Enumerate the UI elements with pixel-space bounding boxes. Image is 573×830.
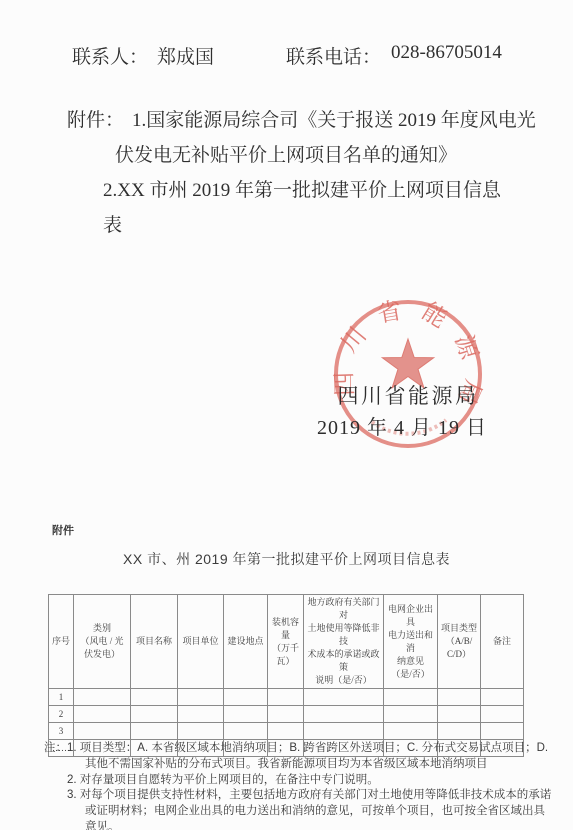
empty-cell <box>178 689 224 706</box>
column-header-project-name: 项目名称 <box>131 595 178 689</box>
empty-cell <box>304 689 384 706</box>
contact-phone-number: 028-86705014 <box>391 42 502 69</box>
attachment-item-1-line-2: 伏发电无补贴平价上网项目名单的通知》 <box>67 138 542 173</box>
column-header-seq: 序号 <box>49 595 74 689</box>
column-header-category: 类别 （风电 / 光 伏发电） <box>74 595 131 689</box>
contact-person: 联系人： 郑成国 <box>72 42 214 69</box>
empty-cell <box>304 723 384 740</box>
empty-cell <box>178 706 224 723</box>
empty-cell <box>268 723 304 740</box>
empty-cell <box>438 723 481 740</box>
row-number-cell: 2 <box>49 706 74 723</box>
attachment-item-1-line-1: 1.国家能源局综合司《关于报送 2019 年度风电光 <box>132 103 536 138</box>
column-header-location: 建设地点 <box>224 595 268 689</box>
empty-cell <box>481 689 524 706</box>
empty-cell <box>178 723 224 740</box>
column-header-capacity: 装机容量 （万千 瓦） <box>268 595 304 689</box>
empty-cell <box>224 689 268 706</box>
note-item-1: 1. 项目类型：A. 本省级区域本地消纳项目；B. 跨省跨区外送项目；C. 分布… <box>67 741 552 773</box>
attachment-section-label: 附件 <box>52 522 74 538</box>
table-row: 2 <box>49 706 524 723</box>
contact-row: 联系人： 郑成国 联系电话： 028-86705014 <box>0 42 573 68</box>
notes-block: 注： 1. 项目类型：A. 本省级区域本地消纳项目；B. 跨省跨区外送项目；C.… <box>44 741 552 830</box>
notes-prefix: 注： <box>44 741 67 830</box>
attachment-item-1: 附件： 1.国家能源局综合司《关于报送 2019 年度风电光 <box>67 103 542 138</box>
seal-org-name: 四川省能源局 <box>330 380 486 410</box>
empty-cell <box>384 689 438 706</box>
empty-cell <box>74 689 131 706</box>
attachment-table-title: XX 市、州 2019 年第一批拟建平价上网项目信息表 <box>0 549 573 569</box>
empty-cell <box>268 689 304 706</box>
notes-items: 1. 项目类型：A. 本省级区域本地消纳项目；B. 跨省跨区外送项目；C. 分布… <box>67 741 552 830</box>
column-header-remarks: 备注 <box>481 595 524 689</box>
contact-phone-label: 联系电话： <box>286 42 381 69</box>
contact-phone: 联系电话： 028-86705014 <box>286 42 502 69</box>
contact-person-name: 郑成国 <box>157 42 214 69</box>
project-info-table: 序号 类别 （风电 / 光 伏发电） 项目名称 项目单位 建设地点 装机容量 （… <box>48 594 524 757</box>
column-header-gov-commitment: 地方政府有关部门对 土地使用等降低非技 术成本的承诺或政策 说明（是/否） <box>304 595 384 689</box>
column-header-project-type: 项目类型 （A/B/ C/D） <box>438 595 481 689</box>
empty-cell <box>74 706 131 723</box>
attachments-label: 附件： <box>67 103 124 138</box>
note-item-2: 2. 对存量项目自愿转为平价上网项目的，在备注中专门说明。 <box>67 773 552 789</box>
empty-cell <box>304 706 384 723</box>
seal-date: 2019 年 4 月 19 日 <box>312 411 492 440</box>
empty-cell <box>384 723 438 740</box>
empty-cell <box>481 706 524 723</box>
table-header-row: 序号 类别 （风电 / 光 伏发电） 项目名称 项目单位 建设地点 装机容量 （… <box>49 595 524 689</box>
contact-person-label: 联系人： <box>72 42 148 69</box>
empty-cell <box>224 723 268 740</box>
empty-cell <box>384 706 438 723</box>
row-number-cell: 1 <box>49 689 74 706</box>
attachment-item-2-line-2: 表 <box>67 208 542 243</box>
empty-cell <box>131 723 178 740</box>
empty-cell <box>438 689 481 706</box>
empty-cell <box>268 706 304 723</box>
empty-cell <box>224 706 268 723</box>
table-row: 1 <box>49 689 524 706</box>
empty-cell <box>481 723 524 740</box>
table-row: 3 <box>49 723 524 740</box>
empty-cell <box>74 723 131 740</box>
column-header-project-unit: 项目单位 <box>178 595 224 689</box>
attachment-item-2-line-1: 2.XX 市州 2019 年第一批拟建平价上网项目信息 <box>67 173 542 208</box>
document-page: 联系人： 郑成国 联系电话： 028-86705014 附件： 1.国家能源局综… <box>0 0 573 830</box>
empty-cell <box>131 689 178 706</box>
empty-cell <box>438 706 481 723</box>
column-header-grid-opinion: 电网企业出具 电力送出和消 纳意见 （是/否） <box>384 595 438 689</box>
note-item-3: 3. 对每个项目提供支持性材料，主要包括地方政府有关部门对土地使用等降低非技术成… <box>67 788 552 830</box>
row-number-cell: 3 <box>49 723 74 740</box>
attachments-list: 附件： 1.国家能源局综合司《关于报送 2019 年度风电光 伏发电无补贴平价上… <box>67 103 542 243</box>
empty-cell <box>131 706 178 723</box>
